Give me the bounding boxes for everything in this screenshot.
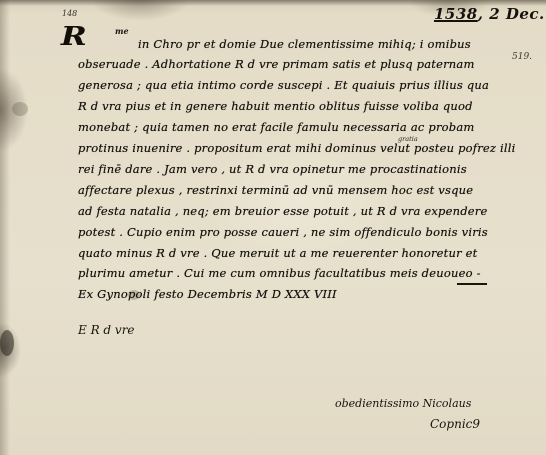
ink-smudge: [0, 330, 14, 356]
ink-smudge: [12, 102, 28, 116]
folio-number: 148: [62, 9, 77, 18]
signature-line-2: Copnic9: [430, 417, 480, 431]
salutation: E R d vre: [78, 323, 135, 337]
interlinear-insertion: gratia: [398, 135, 418, 143]
text-line-8: affectare plexus , restrinxi terminū ad …: [78, 183, 473, 197]
text-line-13: Ex Gynopoli festo Decembris M D XXX VIII: [78, 287, 337, 301]
text-line-5: monebat ; quia tamen no erat facile famu…: [78, 120, 475, 134]
signature-line-1: obedientissimo Nicolaus: [335, 397, 471, 410]
letter-date: 1538, 2 Dec.: [434, 5, 545, 23]
date-year: 1538: [434, 5, 478, 23]
text-line-3: generosa ; qua etia intimo corde suscepi…: [78, 78, 489, 92]
manuscript-page: 148 1538, 2 Dec. 519. R me in Chro pr et…: [0, 0, 546, 455]
text-line-2: obseruade . Adhortatione R d vre primam …: [78, 57, 475, 71]
initial-superscript: me: [115, 26, 129, 36]
decorated-initial: R: [61, 22, 87, 52]
text-line-9: ad festa natalia , neq; em breuior esse …: [78, 204, 488, 218]
closing-dash: [457, 283, 487, 285]
text-line-11: quato minus R d vre . Que meruit ut a me…: [78, 246, 477, 260]
page-number: 519.: [512, 52, 532, 62]
text-line-4: R d vra pius et in genere habuit mentio …: [78, 99, 473, 113]
text-line-10: potest . Cupio enim pro posse caueri , n…: [78, 225, 488, 239]
text-line-7: rei finē dare . Jam vero , ut R d vra op…: [78, 162, 467, 176]
text-line-1: in Chro pr et domie Due clementissime mi…: [138, 37, 471, 51]
paper-edge-left: [0, 0, 10, 455]
date-day-month: , 2 Dec.: [478, 5, 545, 23]
text-line-6: protinus inuenire . propositum erat mihi…: [78, 141, 516, 155]
text-line-12: plurimu ametur . Cui me cum omnibus facu…: [78, 266, 481, 280]
